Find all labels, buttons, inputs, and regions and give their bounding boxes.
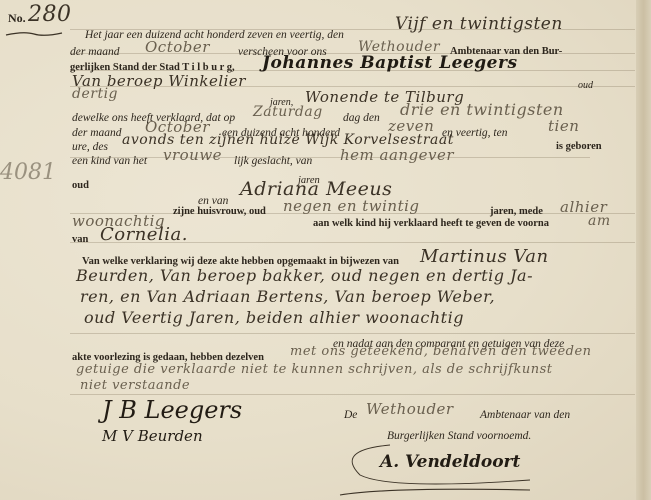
hand-signed-statement: met ons geteekend, behalven den tweeden [290, 344, 592, 359]
text-line-1: Het jaar een duizend acht honderd zeven … [85, 29, 344, 41]
hand-voornaam-suffix: am [588, 213, 611, 229]
text-oud: oud [578, 80, 593, 91]
text-der-maand: der maand [70, 46, 120, 58]
hand-sex: vrouwe [163, 146, 222, 164]
signature-declarant: J B Leegers [102, 396, 242, 424]
text-der-maand-2: der maand [72, 127, 122, 139]
text-jaren-mede: jaren, mede [490, 206, 543, 217]
text-lijk-geslacht: lijk geslacht, van [234, 155, 312, 167]
number-underline [4, 30, 64, 38]
signature-flourish [330, 435, 570, 500]
hand-declarant-name: Johannes Baptist Leegers [262, 53, 518, 73]
hand-mother-age: negen en twintig [283, 197, 420, 215]
hand-age: dertig [72, 86, 118, 102]
text-een-kind: een kind van het [72, 155, 147, 167]
hand-hour: tien [548, 117, 579, 135]
hand-witnesses-residence: oud Veertig Jaren, beiden alhier woonach… [84, 308, 464, 327]
hand-date-day: Vijf en twintigsten [395, 14, 563, 34]
ruled-line [70, 333, 635, 334]
margin-note: 4081 [0, 160, 56, 185]
hand-niet-verstaande: niet verstaande [80, 378, 190, 393]
text-de: De [344, 409, 357, 421]
text-dag-den: dag den [343, 112, 380, 124]
hand-witness-1-name: Martinus Van [420, 246, 549, 267]
ruled-line [70, 394, 635, 395]
hand-child-name: Cornelia. [100, 224, 188, 245]
record-number: 280 [28, 2, 72, 27]
text-van: van [72, 234, 88, 245]
text-aan-welk-kind: aan welk kind hij verklaard heeft te gev… [313, 218, 549, 229]
hand-closing-title: Wethouder [366, 400, 454, 418]
text-ambtenaar-van-den: Ambtenaar van den [480, 409, 570, 421]
hand-weekday: Zaturdag [253, 104, 323, 120]
record-number-label: No. [8, 11, 26, 26]
hand-father: hem aangever [340, 146, 454, 164]
text-zijne-huisvrouw: zijne huisvrouw, oud [173, 206, 266, 217]
hand-witness-1-details: Beurden, Van beroep bakker, oud negen en… [76, 266, 533, 285]
hand-witness-illiterate: getuige die verklaarde niet te kunnen sc… [76, 362, 553, 377]
text-is-geboren: is geboren [556, 141, 602, 152]
hand-witness-2-details: ren, en Van Adriaan Bertens, Van beroep … [80, 287, 495, 306]
page-edge [636, 0, 651, 500]
text-oud-2: oud [72, 180, 89, 191]
hand-month: October [145, 38, 210, 56]
ruled-line [70, 157, 590, 158]
register-page: No. 280 4081 Het jaar een duizend acht h… [0, 0, 651, 500]
text-ure-des: ure, des [72, 141, 108, 153]
signature-witness: M V Beurden [102, 427, 203, 445]
